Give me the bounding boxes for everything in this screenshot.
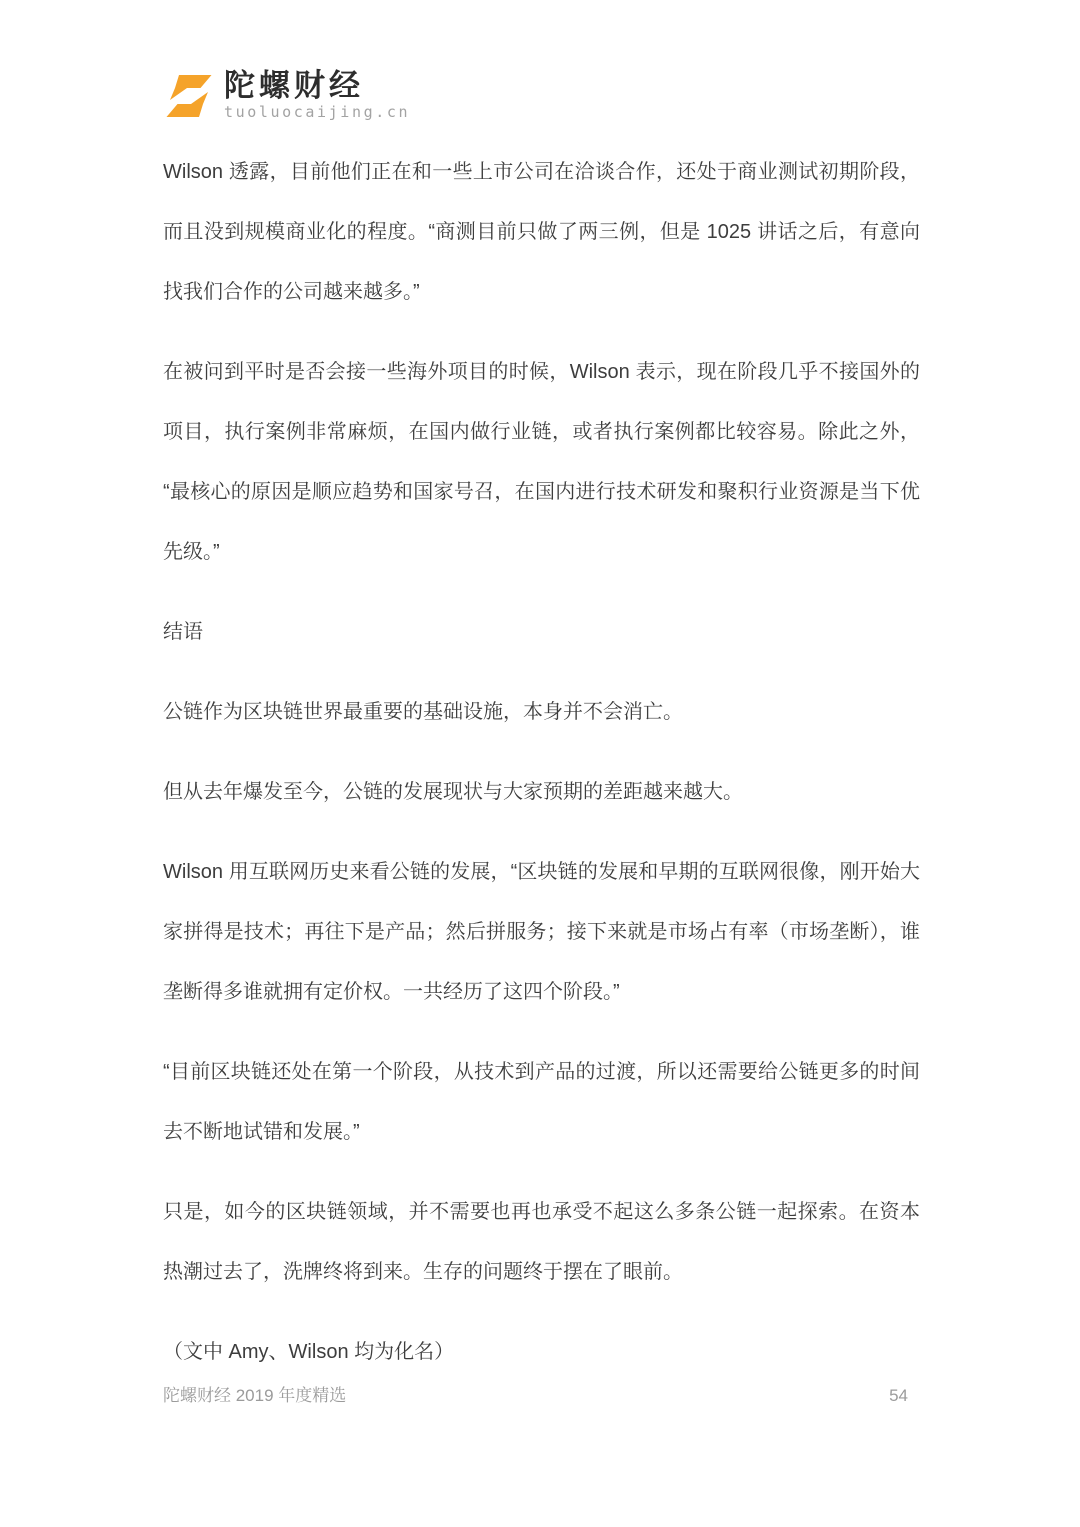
article-body: Wilson 透露，目前他们正在和一些上市公司在洽谈合作，还处于商业测试初期阶段… <box>163 142 920 1382</box>
page-footer: 陀螺财经 2019 年度精选 54 <box>163 1383 908 1409</box>
paragraph-8: （文中 Amy、Wilson 均为化名） <box>163 1322 920 1382</box>
paragraph-1: Wilson 透露，目前他们正在和一些上市公司在洽谈合作，还处于商业测试初期阶段… <box>163 142 920 322</box>
paragraph-3: 公链作为区块链世界最重要的基础设施，本身并不会消亡。 <box>163 682 920 742</box>
tuoluo-z-logo-icon <box>162 71 216 121</box>
paragraph-6: “目前区块链还处在第一个阶段，从技术到产品的过渡，所以还需要给公链更多的时间去不… <box>163 1042 920 1162</box>
footer-book-title: 陀螺财经 2019 年度精选 <box>163 1383 346 1409</box>
brand-logo: 陀螺财经 tuoluocaijing.cn <box>162 70 1080 124</box>
paragraph-7: 只是，如今的区块链领域，并不需要也再也承受不起这么多条公链一起探索。在资本热潮过… <box>163 1182 920 1302</box>
section-heading: 结语 <box>163 602 920 662</box>
brand-domain: tuoluocaijing.cn <box>224 105 410 120</box>
document-page: 陀螺财经 tuoluocaijing.cn Wilson 透露，目前他们正在和一… <box>0 0 1080 1527</box>
brand-text-block: 陀螺财经 tuoluocaijing.cn <box>224 70 410 120</box>
brand-name: 陀螺财经 <box>224 70 410 101</box>
paragraph-4: 但从去年爆发至今，公链的发展现状与大家预期的差距越来越大。 <box>163 762 920 822</box>
page-number: 54 <box>889 1383 908 1409</box>
paragraph-5: Wilson 用互联网历史来看公链的发展，“区块链的发展和早期的互联网很像，刚开… <box>163 842 920 1022</box>
paragraph-2: 在被问到平时是否会接一些海外项目的时候，Wilson 表示，现在阶段几乎不接国外… <box>163 342 920 582</box>
